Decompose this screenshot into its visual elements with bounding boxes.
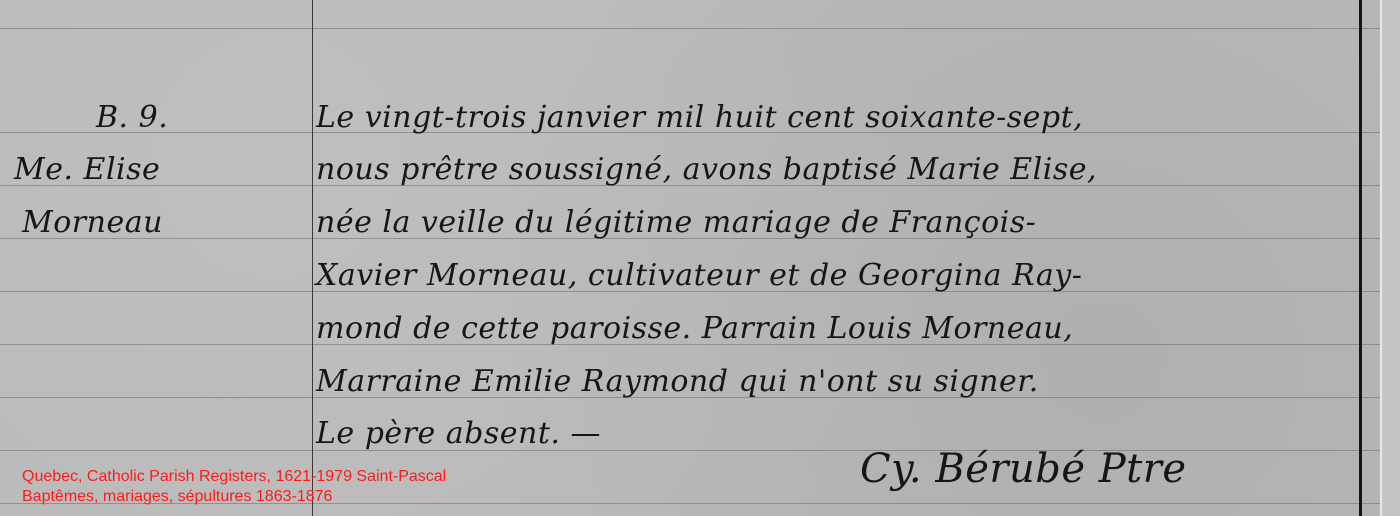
- margin-entry-number: B. 9.: [96, 100, 168, 135]
- record-line-1: Le vingt-trois janvier mil huit cent soi…: [316, 100, 1083, 135]
- caption-line-1: Quebec, Catholic Parish Registers, 1621-…: [22, 467, 446, 487]
- scan-edge-strip: [1380, 0, 1400, 516]
- ruled-line: [0, 28, 1380, 29]
- caption-line-2: Baptêmes, mariages, sépultures 1863-1876: [22, 487, 446, 507]
- record-line-3: née la veille du légitime mariage de Fra…: [316, 205, 1036, 240]
- record-line-5: mond de cette paroisse. Parrain Louis Mo…: [316, 311, 1073, 346]
- record-line-2: nous prêtre soussigné, avons baptisé Mar…: [316, 152, 1097, 187]
- source-caption: Quebec, Catholic Parish Registers, 1621-…: [22, 467, 446, 507]
- priest-signature: Cy. Bérubé Ptre: [860, 446, 1187, 492]
- record-line-4: Xavier Morneau, cultivateur et de Georgi…: [316, 258, 1082, 293]
- record-line-6: Marraine Emilie Raymond qui n'ont su sig…: [316, 364, 1039, 399]
- record-line-7: Le père absent. —: [316, 416, 601, 451]
- margin-name-line1: Me. Elise: [14, 152, 160, 187]
- margin-divider-line: [312, 0, 313, 516]
- register-page-scan: B. 9. Me. Elise Morneau Le vingt-trois j…: [0, 0, 1380, 516]
- margin-name-line2: Morneau: [22, 205, 163, 240]
- page-right-border: [1359, 0, 1362, 516]
